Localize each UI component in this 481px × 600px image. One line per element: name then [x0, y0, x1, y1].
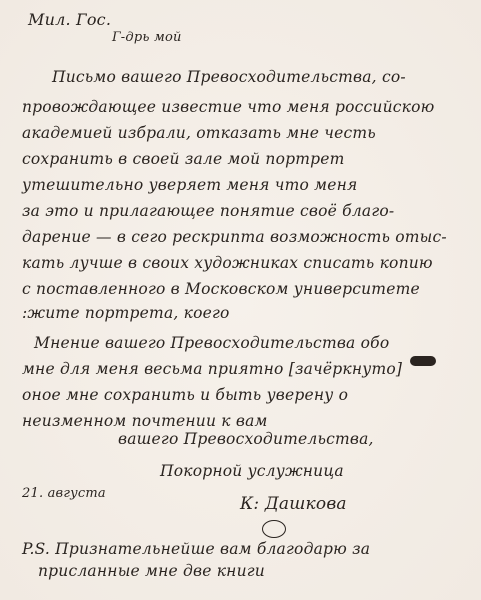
body-line-9: с поставленного в Московском университет…	[22, 280, 420, 298]
body-line-5: утешительно уверяет меня что меня	[22, 176, 357, 194]
second-paragraph-line-3: оное мне сохранить и быть уверену о	[22, 386, 348, 404]
second-paragraph-line-1: Мнение вашего Превосходительства обо	[34, 334, 389, 352]
closing-line-1: вашего Превосходительства,	[118, 430, 374, 448]
postscript-line-1: P.S. Признательнейше вам благодарю за	[22, 540, 370, 558]
body-line-7: дарение — в сего рескрипта возможность о…	[22, 228, 447, 246]
body-line-10: :жите портрета, коего	[22, 304, 230, 322]
body-line-4: сохранить в своей зале мой портрет	[22, 150, 345, 168]
signature-flourish	[262, 520, 286, 538]
signature: К: Дашкова	[240, 494, 347, 514]
body-line-2: провождающее известие что меня российско…	[22, 98, 435, 116]
closing-line-2: Покорной услужница	[160, 462, 344, 480]
body-line-1: Письмо вашего Превосходительства, со-	[52, 68, 406, 86]
letter-date: 21. августа	[22, 486, 106, 501]
second-paragraph-line-2: мне для меня весьма приятно [зачёркнуто]	[22, 360, 402, 378]
body-line-6: за это и прилагающее понятие своё благо-	[22, 202, 394, 220]
salutation-line-1: Мил. Гос.	[28, 10, 111, 29]
body-line-3: академией избрали, отказать мне честь	[22, 124, 376, 142]
postscript-line-2: присланные мне две книги	[38, 562, 265, 580]
ink-strikeout	[410, 356, 436, 366]
letter-page: Мил. Гос. Г-дрь мой Письмо вашего Превос…	[0, 0, 481, 600]
salutation-line-2: Г-дрь мой	[112, 30, 182, 45]
second-paragraph-line-4: неизменном почтении к вам	[22, 412, 268, 430]
body-line-8: кать лучше в своих художниках списать ко…	[22, 254, 433, 272]
